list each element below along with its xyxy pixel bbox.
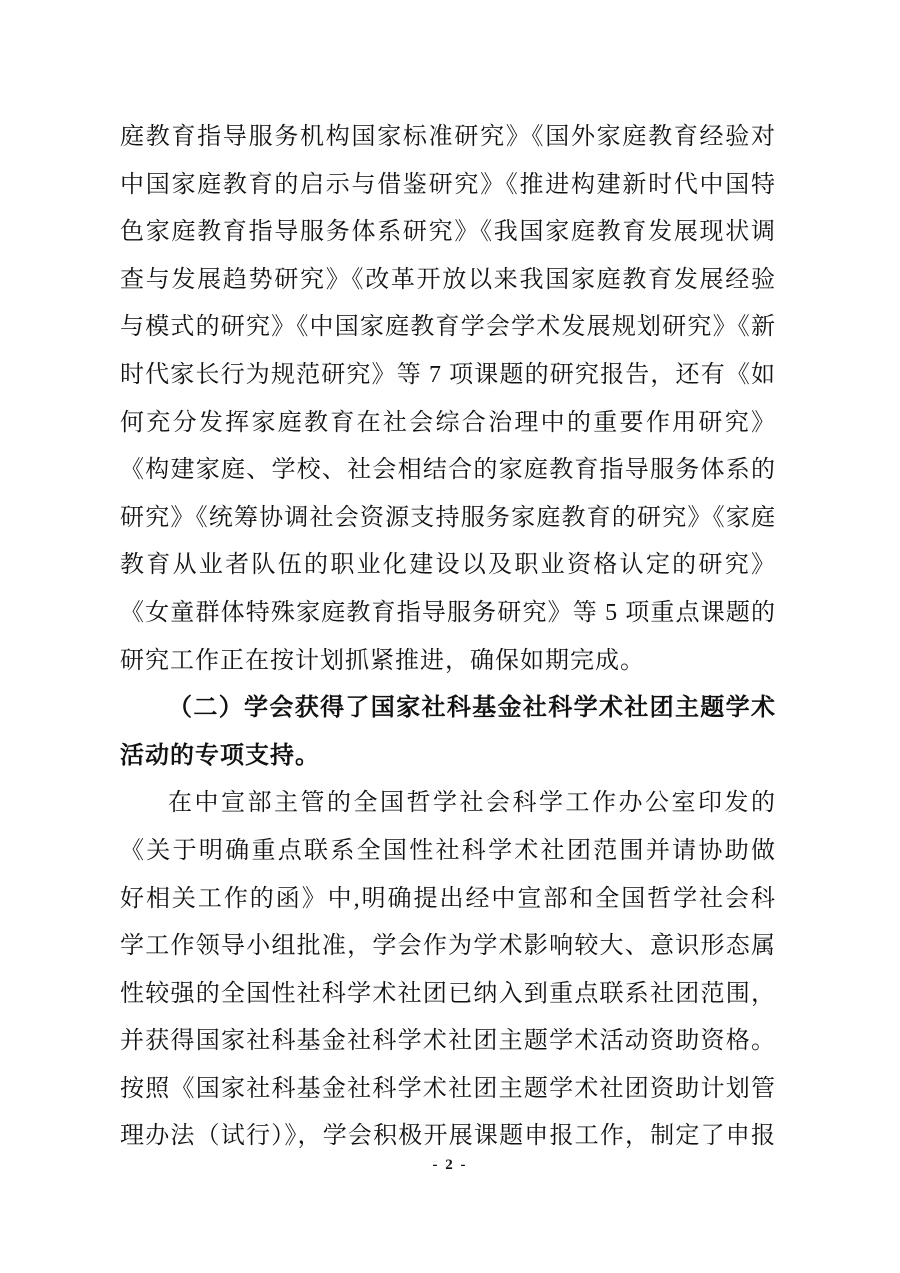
text-line: 活动的专项支持。	[120, 733, 776, 781]
document-page: 庭教育指导服务机构国家标准研究》《国外家庭教育经验对中国家庭教育的启示与借鉴研究…	[0, 0, 900, 1273]
text-line: 《女童群体特殊家庭教育指导服务研究》等 5 项重点课题的	[120, 590, 776, 638]
text-line: 性较强的全国性社科学术社团已纳入到重点联系社团范围，	[120, 971, 776, 1019]
text-line: 理办法（试行）》，学会积极开展课题申报工作，制定了申报	[120, 1113, 776, 1161]
text-line: 按照《国家社科基金社科学术社团主题学术社团资助计划管	[120, 1066, 776, 1114]
text-line: 《关于明确重点联系全国性社科学术社团范围并请协助做	[120, 828, 776, 876]
text-line: 与模式的研究》《中国家庭教育学会学术发展规划研究》《新	[120, 304, 776, 352]
page-number: - 2 -	[433, 1157, 468, 1173]
text-line: 在中宣部主管的全国哲学社会科学工作办公室印发的	[120, 780, 776, 828]
document-body: 庭教育指导服务机构国家标准研究》《国外家庭教育经验对中国家庭教育的启示与借鉴研究…	[120, 114, 776, 1161]
text-line: 《构建家庭、学校、社会相结合的家庭教育指导服务体系的	[120, 447, 776, 495]
text-line: 并获得国家社科基金社科学术社团主题学术活动资助资格。	[120, 1018, 776, 1066]
text-line: 时代家长行为规范研究》等 7 项课题的研究报告，还有《如	[120, 352, 776, 400]
text-line: 研究工作正在按计划抓紧推进，确保如期完成。	[120, 638, 776, 686]
text-line: 教育从业者队伍的职业化建设以及职业资格认定的研究》	[120, 542, 776, 590]
text-line: 色家庭教育指导服务体系研究》《我国家庭教育发展现状调	[120, 209, 776, 257]
text-line: （二）学会获得了国家社科基金社科学术社团主题学术	[120, 685, 776, 733]
text-line: 研究》《统筹协调社会资源支持服务家庭教育的研究》《家庭	[120, 495, 776, 543]
text-line: 何充分发挥家庭教育在社会综合治理中的重要作用研究》	[120, 400, 776, 448]
text-line: 学工作领导小组批准，学会作为学术影响较大、意识形态属	[120, 923, 776, 971]
text-line: 庭教育指导服务机构国家标准研究》《国外家庭教育经验对	[120, 114, 776, 162]
page-footer: - 2 -	[0, 1156, 900, 1174]
text-line: 好相关工作的函》中,明确提出经中宣部和全国哲学社会科	[120, 876, 776, 924]
text-line: 查与发展趋势研究》《改革开放以来我国家庭教育发展经验	[120, 257, 776, 305]
text-line: 中国家庭教育的启示与借鉴研究》《推进构建新时代中国特	[120, 162, 776, 210]
